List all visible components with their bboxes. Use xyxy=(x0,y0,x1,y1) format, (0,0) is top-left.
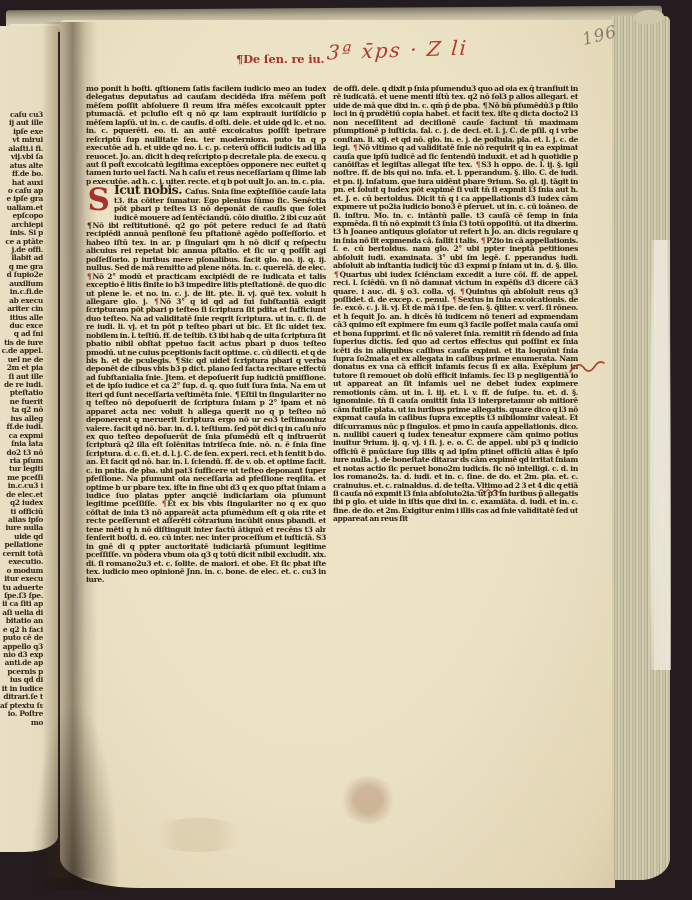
facing-page-line: alaſti.i fi. xyxy=(0,145,43,153)
facing-page-line: executio. xyxy=(0,558,43,566)
facing-page-line: inis. Si p xyxy=(0,229,43,237)
facing-page-line: ditrari.ſe t xyxy=(0,693,43,701)
facing-page-line: ii ca ſiti ap xyxy=(0,600,43,608)
facing-page-line: aſi uelia di xyxy=(0,609,43,617)
left-text-column: mo ponit h boſti. qſtionem ſatis facilem… xyxy=(86,85,326,759)
left-column-casus-text: SIcut nobis. Caſus. Snia ſine exp̄teſſiō… xyxy=(86,186,326,585)
facing-page-line: it in iudice xyxy=(0,685,43,693)
facing-page-line: ff.de iudi. xyxy=(0,423,43,431)
facing-page-line: archiepi xyxy=(0,221,43,229)
facing-page-line: ria pſum xyxy=(0,457,43,465)
facing-page-line: 2m et pia xyxy=(0,364,43,372)
facing-page-line: bitatio an xyxy=(0,617,43,625)
facing-page-sliver: caſu cu3ij aut illeipſe exevt miruialaſt… xyxy=(0,26,58,852)
facing-page-line: ce a ptāte xyxy=(0,238,43,246)
facing-page-line: ij aut ille xyxy=(0,119,43,127)
facing-page-line: ariter cin xyxy=(0,305,43,313)
facing-page-line: ti officiū xyxy=(0,508,43,516)
facing-page-text-fragments: caſu cu3ij aut illeipſe exevt miruialaſt… xyxy=(0,111,43,787)
facing-page-line: j.de offi. xyxy=(0,246,43,254)
facing-page-line: epſcopo xyxy=(0,212,43,220)
facing-page-line: ta q2 nō xyxy=(0,406,43,414)
facing-page-line: me pceſſi xyxy=(0,474,43,482)
text-segment: Sextus in ſnia excoicationis. de ſe. exc… xyxy=(333,295,578,490)
facing-page-line: c.de appel. xyxy=(0,347,43,355)
facing-page-line: ipſe exe xyxy=(0,128,43,136)
facing-page-line: alias ipſo xyxy=(0,516,43,524)
facing-page-line: q me gra xyxy=(0,263,43,271)
facing-page-line: uel ne de xyxy=(0,356,43,364)
facing-page-line: ſi aut ille xyxy=(0,373,43,381)
facing-page-line: cernit totā xyxy=(0,550,43,558)
text-segment: S3 h oppo. de. l. ij. §. igil noſtre. ff… xyxy=(333,160,578,245)
facing-page-line: pteſtatio xyxy=(0,389,43,397)
facing-page-line: itius alle xyxy=(0,314,43,322)
text-segment: Et ex bis vbis ſingulariter no q ex quo … xyxy=(86,499,326,584)
facing-page-line: llabit ad xyxy=(0,254,43,262)
running-title-rubric: ¶De ſen. re iu. xyxy=(236,52,324,66)
right-text-column: de offi. dele. q dixit p ſnia pſumendu3 … xyxy=(333,85,578,755)
facing-page-line: tis de iure xyxy=(0,339,43,347)
facing-page-line: q ad ſni xyxy=(0,330,43,338)
facing-page-line: puto cē de xyxy=(0,634,43,642)
facing-page-line: af ptextu ſu xyxy=(0,702,43,710)
facing-page-line: mo xyxy=(0,719,43,727)
left-column-opening-text: mo ponit h boſti. qſtionem ſatis facilem… xyxy=(86,85,326,186)
handwritten-red-annotation: 3ª x̄ps · Z li xyxy=(326,36,469,65)
facing-page-line: d ſupio2e xyxy=(0,271,43,279)
facing-page-line: iure nulla xyxy=(0,524,43,532)
facing-page-line: tu aduerte xyxy=(0,584,43,592)
facing-page-line: q2 iudex xyxy=(0,499,43,507)
facing-page-line: o modum xyxy=(0,567,43,575)
text-segment: Nō ibi reſtitutionē. q2 go pōt petere re… xyxy=(86,221,326,272)
red-margin-flourish xyxy=(568,358,606,378)
facing-page-line: atus alte xyxy=(0,162,43,170)
facing-page-line: pellatione xyxy=(0,541,43,549)
facing-page-line: io. Poſtre xyxy=(0,710,43,718)
facing-page-line: ff.de bo. xyxy=(0,170,43,178)
facing-page-line: in.c.cu3 i xyxy=(0,482,43,490)
facing-page-line: tur legiti xyxy=(0,465,43,473)
facing-page-line: de re iudi. xyxy=(0,381,43,389)
facing-page-line: ſpe.ſ3 ſpe. xyxy=(0,592,43,600)
facing-page-line: uide qd xyxy=(0,533,43,541)
facing-page-line: hat auxi xyxy=(0,179,43,187)
drop-cap-initial: S xyxy=(86,187,111,214)
facing-page-line: ius alleg xyxy=(0,415,43,423)
facing-page-line: vij.vbi ſa xyxy=(0,153,43,161)
facing-page-line: ne fuerit xyxy=(0,398,43,406)
facing-page-line: de elec.et xyxy=(0,491,43,499)
facing-page-line: ab execu xyxy=(0,297,43,305)
facing-page-line: itur execu xyxy=(0,575,43,583)
facing-page-line: in.c.fi.de xyxy=(0,288,43,296)
facing-page-line: do2 t3 nō xyxy=(0,449,43,457)
facing-page-line: ualiam.et xyxy=(0,204,43,212)
facing-page-line: anti.de ap xyxy=(0,659,43,667)
text-segment: Nō 3° q id qd ad ſui ſubſtantiā exigit ſ… xyxy=(86,297,326,365)
facing-page-line: auxilium xyxy=(0,280,43,288)
fore-edge-worn-band xyxy=(650,240,671,670)
facing-page-line: e ipſe gra xyxy=(0,195,43,203)
book-photograph: caſu cu3ij aut illeipſe exevt miruialaſt… xyxy=(0,0,692,900)
facing-page-line: appello q3 xyxy=(0,643,43,651)
facing-page-line: ſnia lata xyxy=(0,440,43,448)
text-segment: Eſtil tn ſingulariter no q teſteo nō dep… xyxy=(86,390,326,509)
facing-page-line: caſu cu3 xyxy=(0,111,43,119)
facing-page-line: o caſu ap xyxy=(0,187,43,195)
facing-page-line: e q2 h faci xyxy=(0,626,43,634)
facing-page-line: ius qd di xyxy=(0,676,43,684)
facing-page-line: duc exce xyxy=(0,322,43,330)
facing-page-line: nio d3 exp xyxy=(0,651,43,659)
facing-page-line: ca expmi xyxy=(0,432,43,440)
facing-page-line: vt mirui xyxy=(0,136,43,144)
facing-page-line: pcernis p xyxy=(0,668,43,676)
